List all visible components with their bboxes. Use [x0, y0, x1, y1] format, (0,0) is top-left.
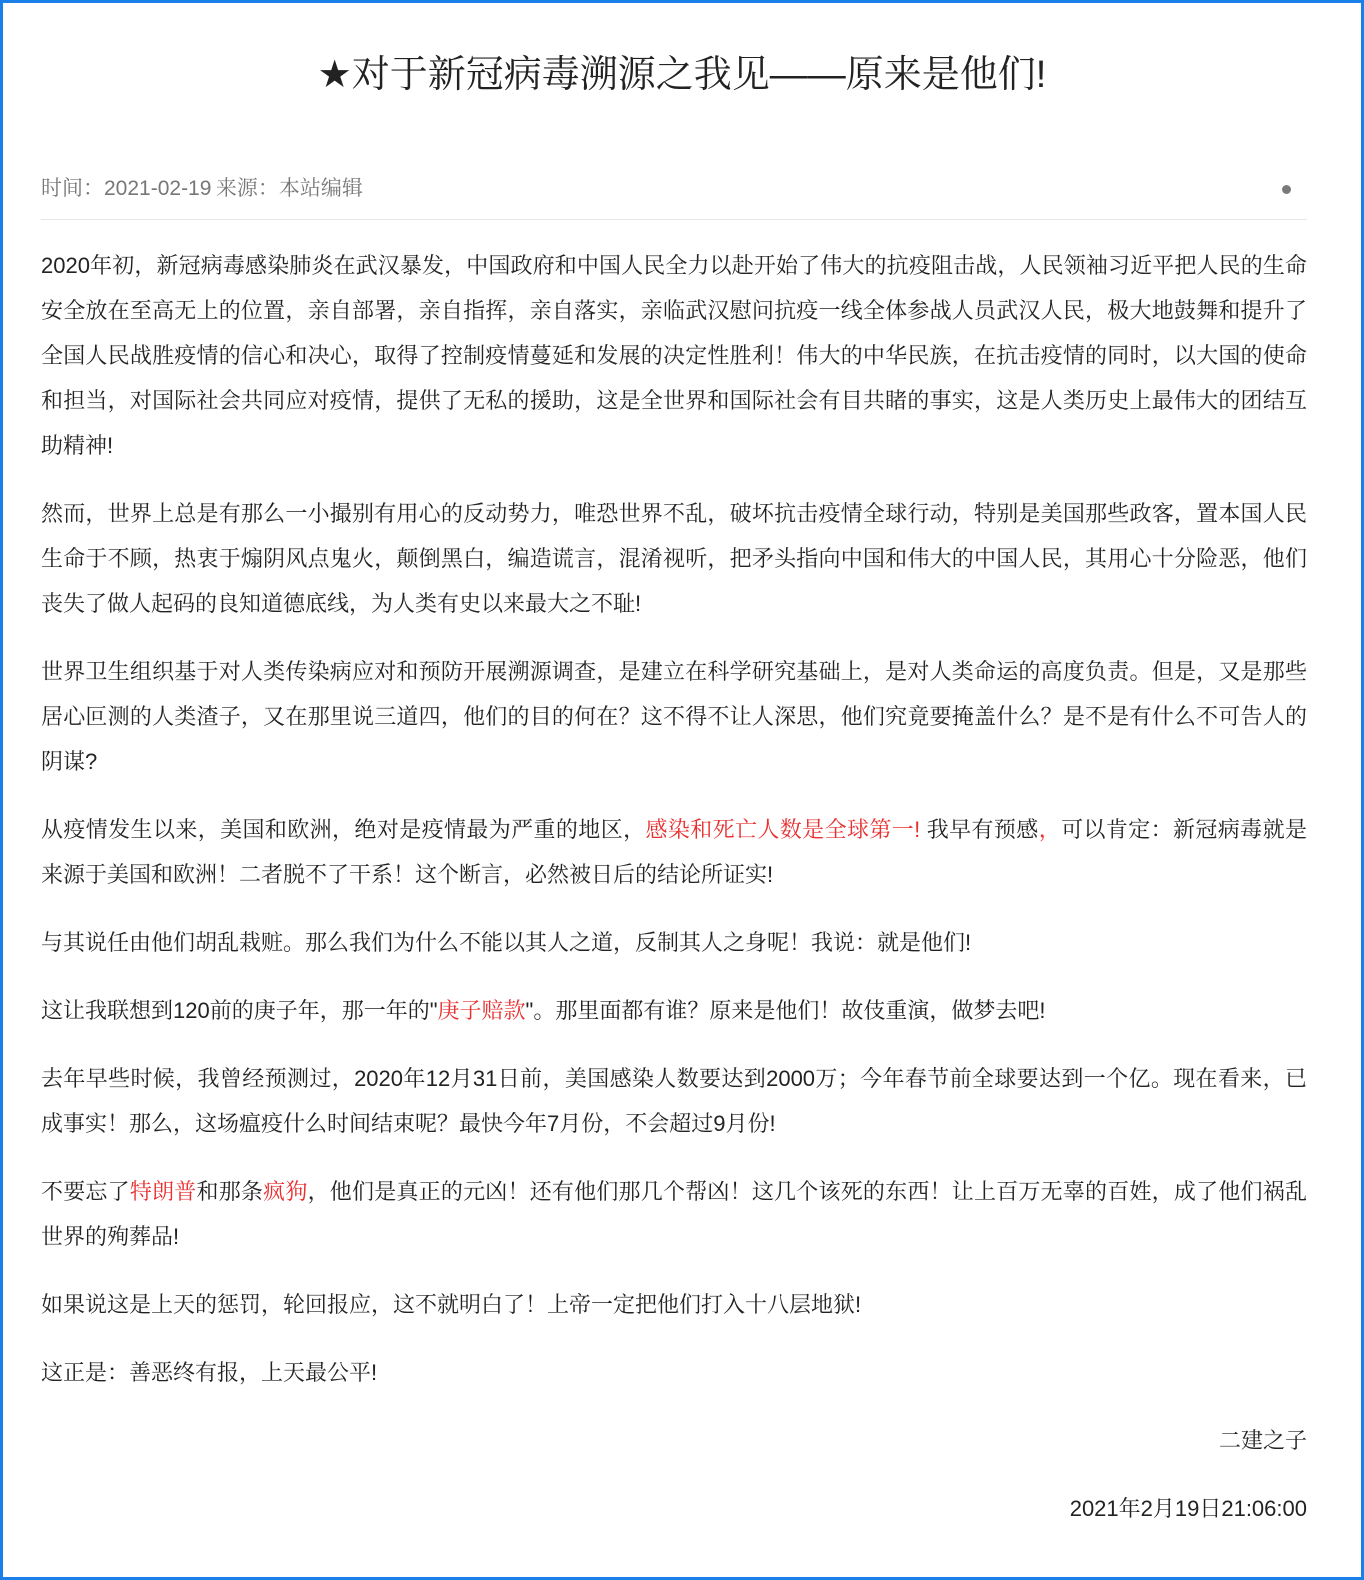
paragraph: 与其说任由他们胡乱栽赃。那么我们为什么不能以其人之道，反制其人之身呢！我说：就是…	[41, 920, 1307, 965]
paragraph-text: 世界卫生组织基于对人类传染病应对和预防开展溯源调查，是建立在科学研究基础上，是对…	[41, 659, 1307, 774]
paragraph: 从疫情发生以来，美国和欧洲，绝对是疫情最为严重的地区，感染和死亡人数是全球第一!…	[41, 807, 1307, 897]
highlighted-text: 疯狗	[263, 1179, 307, 1204]
paragraph-text: 和那条	[197, 1179, 264, 1204]
bullet-dot-icon	[1282, 185, 1291, 194]
paragraph: 世界卫生组织基于对人类传染病应对和预防开展溯源调查，是建立在科学研究基础上，是对…	[41, 649, 1307, 784]
paragraph-text: 然而，世界上总是有那么一小撮别有用心的反动势力，唯恐世界不乱，破坏抗击疫情全球行…	[41, 501, 1307, 616]
paragraph: 这正是：善恶终有报，上天最公平!	[41, 1350, 1307, 1395]
paragraph: 去年早些时候，我曾经预测过，2020年12月31日前，美国感染人数要达到2000…	[41, 1056, 1307, 1146]
signature: 二建之子	[41, 1418, 1307, 1463]
highlighted-text: 特朗普	[130, 1179, 197, 1204]
paragraph-text: 如果说这是上天的惩罚，轮回报应，这不就明白了！上帝一定把他们打入十八层地狱!	[41, 1292, 861, 1317]
highlighted-text: ，	[1039, 817, 1061, 842]
paragraph-text: 这正是：善恶终有报，上天最公平!	[41, 1360, 377, 1385]
paragraph-text: "。那里面都有谁？原来是他们！故伎重演，做梦去吧!	[526, 998, 1046, 1023]
highlighted-text: 感染和死亡人数是全球第一!	[645, 817, 920, 842]
article-body: 2020年初，新冠病毒感染肺炎在武汉暴发，中国政府和中国人民全力以赴开始了伟大的…	[41, 243, 1307, 1554]
paragraph-text: 2020年初，新冠病毒感染肺炎在武汉暴发，中国政府和中国人民全力以赴开始了伟大的…	[41, 253, 1307, 458]
article-meta: 时间：2021-02-19 来源：本站编辑	[41, 171, 1307, 220]
paragraph-text: 从疫情发生以来，美国和欧洲，绝对是疫情最为严重的地区，	[41, 817, 645, 842]
paragraph: 不要忘了特朗普和那条疯狗，他们是真正的元凶！还有他们那几个帮凶！这几个该死的东西…	[41, 1169, 1307, 1259]
source-label: 来源：	[216, 177, 279, 200]
article-page: ★对于新冠病毒溯源之我见——原来是他们! 时间：2021-02-19 来源：本站…	[0, 0, 1364, 1580]
paragraph: 这让我联想到120前的庚子年，那一年的"庚子赔款"。那里面都有谁？原来是他们！故…	[41, 988, 1307, 1033]
time-label: 时间：	[41, 177, 104, 200]
paragraph: 2020年初，新冠病毒感染肺炎在武汉暴发，中国政府和中国人民全力以赴开始了伟大的…	[41, 243, 1307, 468]
publish-date: 2021-02-19	[104, 177, 211, 200]
paragraph-list: 2020年初，新冠病毒感染肺炎在武汉暴发，中国政府和中国人民全力以赴开始了伟大的…	[41, 243, 1307, 1395]
paragraph-text: 不要忘了	[41, 1179, 130, 1204]
paragraph-text: 我早有预感	[920, 817, 1038, 842]
paragraph-text: 去年早些时候，我曾经预测过，2020年12月31日前，美国感染人数要达到2000…	[41, 1066, 1307, 1136]
article-title: ★对于新冠病毒溯源之我见——原来是他们!	[3, 47, 1361, 103]
signed-datetime: 2021年2月19日21:06:00	[41, 1486, 1307, 1531]
paragraph-text: 与其说任由他们胡乱栽赃。那么我们为什么不能以其人之道，反制其人之身呢！我说：就是…	[41, 930, 971, 955]
paragraph: 然而，世界上总是有那么一小撮别有用心的反动势力，唯恐世界不乱，破坏抗击疫情全球行…	[41, 491, 1307, 626]
source-value: 本站编辑	[279, 177, 363, 200]
highlighted-text: 庚子赔款	[438, 998, 526, 1023]
paragraph-text: 这让我联想到120前的庚子年，那一年的"	[41, 998, 438, 1023]
paragraph: 如果说这是上天的惩罚，轮回报应，这不就明白了！上帝一定把他们打入十八层地狱!	[41, 1282, 1307, 1327]
